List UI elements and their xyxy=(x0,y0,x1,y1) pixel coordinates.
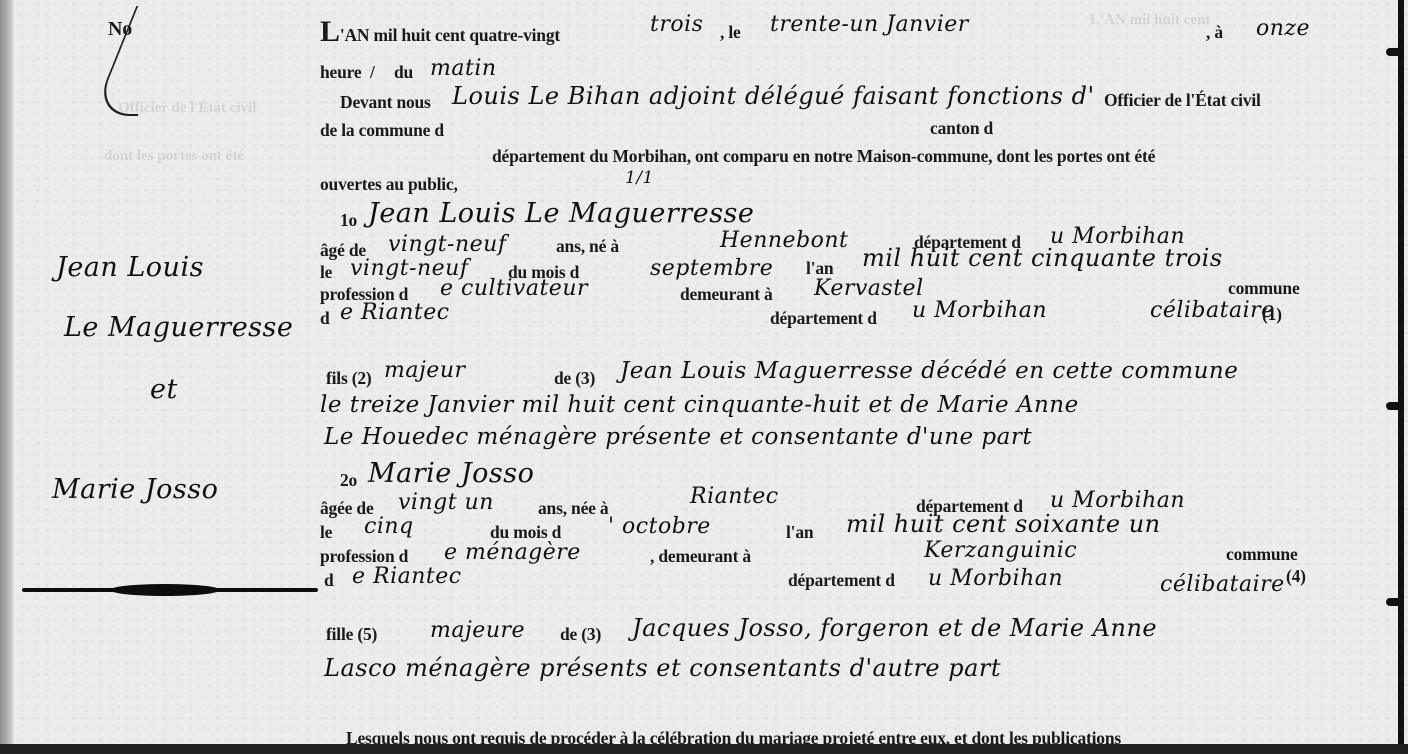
bride-le-label: le xyxy=(320,522,332,543)
groom-commune-handwritten: e Riantec xyxy=(340,300,450,325)
groom-le-label: le xyxy=(320,262,332,283)
bride-birthyear-handwritten: mil huit cent soixante un xyxy=(846,510,1161,538)
margin-bride-name: Marie Josso xyxy=(52,474,218,505)
groom-age-handwritten: vingt-neuf xyxy=(388,232,507,257)
margin-separator-ornament xyxy=(110,584,220,596)
bride-commune-prefix: d xyxy=(324,570,334,591)
frame-tick xyxy=(1386,48,1400,56)
frame-tick xyxy=(1386,402,1400,410)
groom-profession-handwritten: e cultivateur xyxy=(440,276,588,301)
bride-note-4: (4) xyxy=(1286,566,1306,587)
groom-name-handwritten: Jean Louis Le Maguerresse xyxy=(368,198,754,229)
du-label: du xyxy=(394,62,413,83)
preamble-line-1: L'AN mil huit cent quatre-vingt xyxy=(320,15,560,49)
document-page: Officier de l'État civil dont les portes… xyxy=(0,0,1408,744)
groom-status-handwritten: célibataire xyxy=(1150,298,1275,323)
groom-ans-ne-label: ans, né à xyxy=(556,236,619,257)
bride-majority-handwritten: majeure xyxy=(430,618,525,643)
le-label: , le xyxy=(720,22,741,43)
margin-groom-name: Jean Louis xyxy=(56,252,204,283)
bride-ans-nee-label: ans, née à xyxy=(538,498,608,519)
groom-dept2-handwritten: u Morbihan xyxy=(912,298,1047,323)
bride-commune-handwritten: e Riantec xyxy=(352,564,462,589)
groom-parents-line-2: le treize Janvier mil huit cent cinquant… xyxy=(320,392,1079,418)
day-handwritten: trente-un Janvier xyxy=(770,12,969,37)
groom-commune-prefix: d xyxy=(320,308,330,329)
year-handwritten: trois xyxy=(650,12,703,37)
groom-demeurant-label: demeurant à xyxy=(680,284,773,305)
a-label: , à xyxy=(1206,22,1223,43)
officer-handwritten: Louis Le Bihan adjoint délégué faisant f… xyxy=(452,82,1095,110)
bride-birthday-handwritten: cinq xyxy=(364,514,414,539)
bride-status-handwritten: célibataire xyxy=(1160,572,1285,597)
groom-ordinal: 1o xyxy=(340,210,357,231)
bride-residence-handwritten: Kerzanguinic xyxy=(924,538,1077,563)
margin-groom-surname: Le Maguerresse xyxy=(64,312,293,343)
bride-parents-line-2: Lasco ménagère présents et consentants d… xyxy=(324,654,1001,682)
heure-mark: / xyxy=(370,62,375,83)
officer-label: Officier de l'État civil xyxy=(1104,90,1261,111)
department-line: département du Morbihan, ont comparu en … xyxy=(492,146,1155,167)
bride-an-label: l'an xyxy=(786,522,813,543)
bride-de-label: de (3) xyxy=(560,624,601,645)
groom-parents-line-1: Jean Louis Maguerresse décédé en cette c… xyxy=(620,358,1238,384)
frame-tick xyxy=(1386,598,1400,606)
groom-parents-line-3: Le Houedec ménagère présente et consenta… xyxy=(324,424,1032,450)
bride-name-handwritten: Marie Josso xyxy=(368,458,534,489)
bride-ordinal: 2o xyxy=(340,470,357,491)
bleed-through-text: dont les portes ont été xyxy=(104,148,244,165)
canton-label: canton d xyxy=(930,118,993,139)
devant-label: Devant nous xyxy=(340,92,431,113)
fille-label: fille (5) xyxy=(326,624,377,645)
bride-dept2-handwritten: u Morbihan xyxy=(928,566,1063,591)
heure-label: heure xyxy=(320,62,361,83)
groom-birthyear-handwritten: mil huit cent cinquante trois xyxy=(862,244,1223,272)
commune-label: de la commune d xyxy=(320,120,444,141)
bleed-through-text: L'AN mil huit cent xyxy=(1090,12,1210,29)
groom-commune-label: commune xyxy=(1228,278,1300,299)
fils-label: fils (2) xyxy=(326,368,372,389)
groom-note-1: (1) xyxy=(1262,304,1282,325)
groom-de-label: de (3) xyxy=(554,368,595,389)
bride-birthmonth-handwritten: ' octobre xyxy=(608,514,711,539)
binding-gutter xyxy=(0,0,14,744)
bride-demeurant-label: , demeurant à xyxy=(650,546,751,567)
period-handwritten: matin xyxy=(430,56,497,81)
bride-birthplace-handwritten: Riantec xyxy=(690,484,779,509)
hour-handwritten: onze xyxy=(1256,16,1310,41)
groom-birthplace-handwritten: Hennebont xyxy=(720,228,848,253)
groom-dept2-label: département d xyxy=(770,308,877,329)
bride-age-handwritten: vingt un xyxy=(398,490,494,515)
groom-majority-handwritten: majeur xyxy=(384,358,466,383)
bride-dept2-label: département d xyxy=(788,570,895,591)
bride-profession-handwritten: e ménagère xyxy=(444,540,581,565)
ouvertes-label: ouvertes au public, xyxy=(320,174,458,195)
bride-commune-label: commune xyxy=(1226,544,1298,565)
groom-residence-handwritten: Kervastel xyxy=(814,276,924,301)
page-frame-right xyxy=(1398,0,1404,744)
groom-birthmonth-handwritten: septembre xyxy=(650,256,773,281)
bride-parents-line-1: Jacques Josso, forgeron et de Marie Anne xyxy=(632,614,1157,642)
margin-conjunction: et xyxy=(150,374,178,405)
ouvertes-handwritten: 1/1 xyxy=(625,168,654,188)
viewer-bottom-bar xyxy=(0,744,1408,754)
